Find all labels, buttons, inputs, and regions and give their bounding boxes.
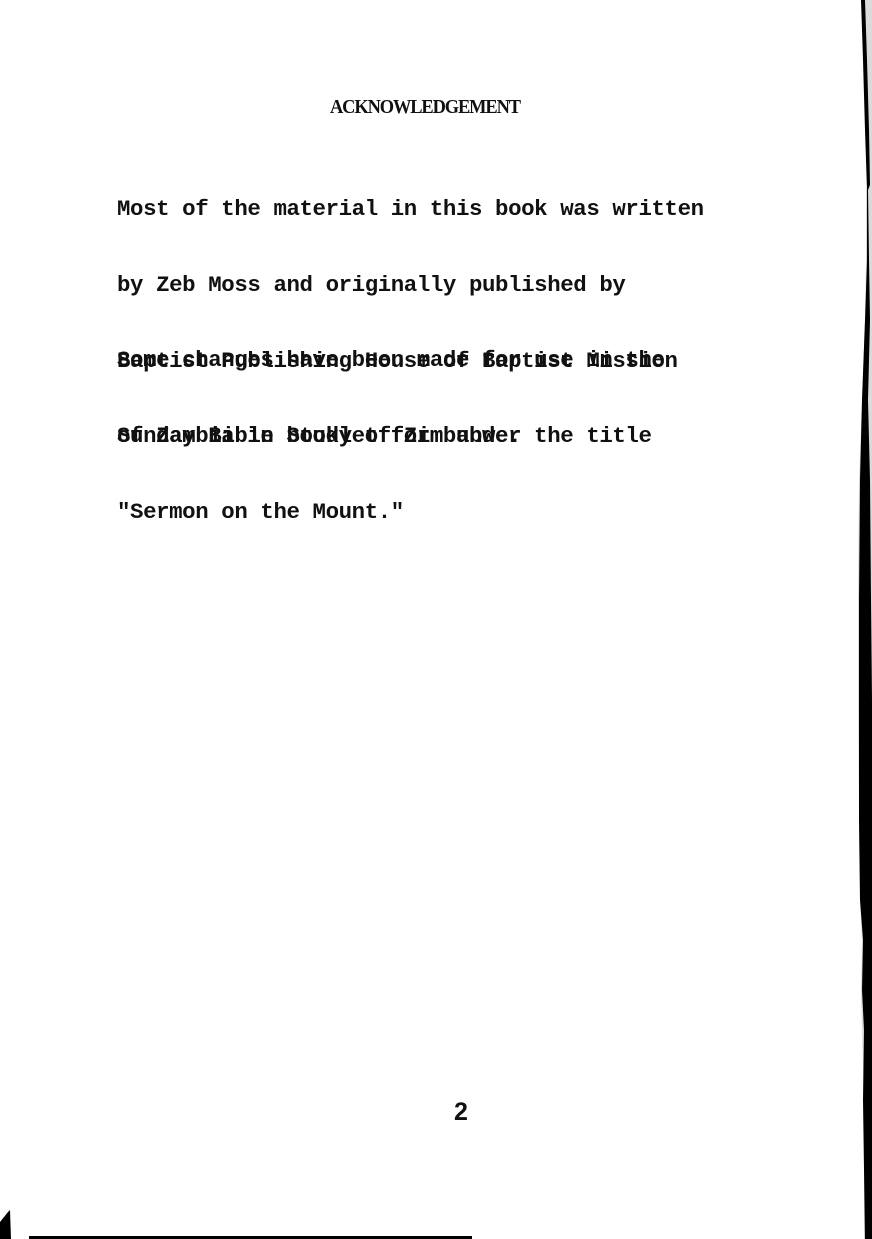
scanned-page: ACKNOWLEDGEMENT Most of the material in …	[0, 0, 872, 1239]
text-line: Most of the material in this book was wr…	[117, 197, 704, 222]
scan-edge-shadow	[832, 0, 872, 1239]
page-heading: ACKNOWLEDGEMENT	[330, 96, 520, 119]
text-line: Some changes have been made for use in t…	[117, 348, 665, 373]
page-number: 2	[454, 1098, 468, 1127]
text-line: Sunday Bible Study of Zimbabwe.	[117, 424, 665, 449]
text-line: by Zeb Moss and originally published by	[117, 273, 704, 298]
text-line: "Sermon on the Mount."	[117, 500, 704, 525]
paragraph-changes: Some changes have been made for use in t…	[117, 298, 665, 500]
scan-corner-mark	[0, 1208, 14, 1239]
